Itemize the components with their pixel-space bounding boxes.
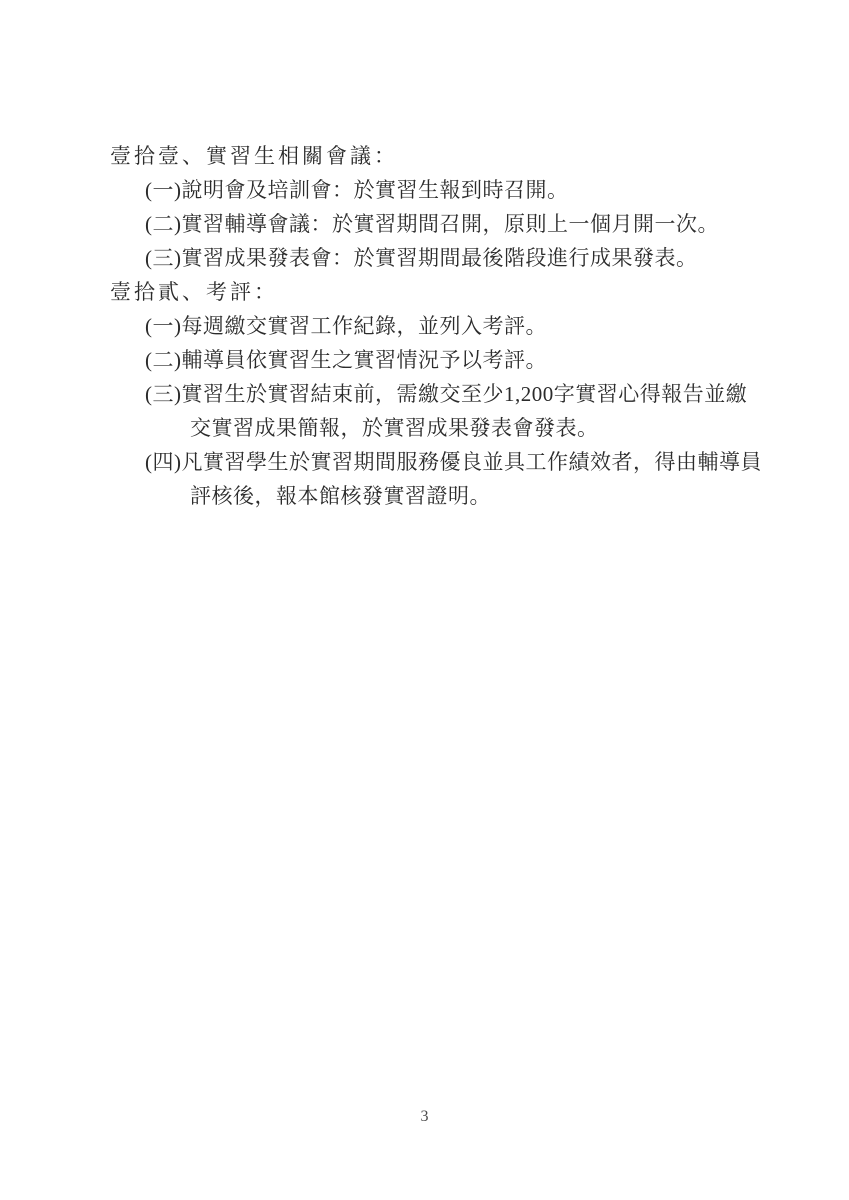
- list-item-line: (三)實習成果發表會：於實習期間最後階段進行成果發表。: [110, 241, 770, 275]
- list-item-line: (三)實習生於實習結束前，需繳交至少1,200字實習心得報告並繳: [110, 377, 770, 411]
- list-item-continuation-line: 評核後，報本館核發實習證明。: [110, 479, 770, 513]
- list-item-continuation-line: 交實習成果簡報，於實習成果發表會發表。: [110, 411, 770, 445]
- document-page: 壹拾壹、實習生相關會議： (一)說明會及培訓會：於實習生報到時召開。 (二)實習…: [0, 0, 849, 1200]
- section-heading-12: 壹拾貳、考評：: [110, 275, 770, 309]
- page-number: 3: [0, 1107, 849, 1127]
- list-item-line: (四)凡實習學生於實習期間服務優良並具工作績效者，得由輔導員: [110, 445, 770, 479]
- list-item-line: (二)輔導員依實習生之實習情況予以考評。: [110, 343, 770, 377]
- list-item-line: (二)實習輔導會議：於實習期間召開，原則上一個月開一次。: [110, 207, 770, 241]
- section-heading-11: 壹拾壹、實習生相關會議：: [110, 139, 770, 173]
- list-item-line: (一)說明會及培訓會：於實習生報到時召開。: [110, 173, 770, 207]
- page-content: 壹拾壹、實習生相關會議： (一)說明會及培訓會：於實習生報到時召開。 (二)實習…: [110, 139, 770, 513]
- list-item-line: (一)每週繳交實習工作紀錄，並列入考評。: [110, 309, 770, 343]
